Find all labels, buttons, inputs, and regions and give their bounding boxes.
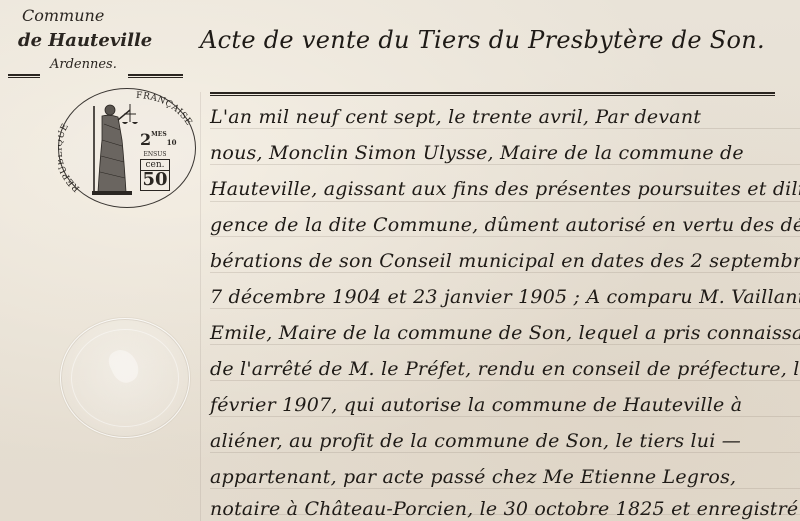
stamp-cen-value: 50 (141, 171, 169, 189)
ruled-line (210, 128, 800, 129)
embossed-seal (60, 318, 190, 438)
ruled-line (210, 164, 800, 165)
body-line-10: aliéner, au profit de la commune de Son,… (210, 430, 741, 452)
body-line-3: Hauteville, agissant aux fins des présen… (210, 178, 800, 200)
ruled-line (210, 380, 800, 381)
ruled-line (210, 416, 800, 417)
body-line-4: gence de la dite Commune, dûment autoris… (210, 214, 800, 236)
ruled-line (210, 272, 800, 273)
commune-label: Commune (22, 6, 104, 25)
title-underline (210, 92, 775, 96)
commune-name: de Hauteville (18, 30, 152, 51)
header-rule-right (128, 74, 183, 78)
stamp-en-sus: ENSUS (140, 151, 170, 158)
stamp-cents-box: cen. 50 (140, 159, 170, 191)
body-line-7: Emile, Maire de la commune de Son, leque… (210, 322, 800, 344)
department-name: Ardennes. (50, 57, 117, 72)
margin-rule (200, 92, 201, 521)
body-line-6: 7 décembre 1904 et 23 janvier 1905 ; A c… (210, 286, 800, 308)
stamp-legend-left: REPUBLIQUE (58, 122, 82, 193)
body-line-2: nous, Monclin Simon Ulysse, Maire de la … (210, 142, 744, 164)
header-rule-left (8, 74, 40, 78)
stamp-legend-right: FRANÇAISE (136, 91, 194, 128)
ruled-line (210, 201, 800, 202)
stamp-value: 2MES10 ENSUS cen. 50 (140, 132, 170, 191)
body-line-5: bérations de son Conseil municipal en da… (210, 250, 800, 272)
ruled-line (210, 236, 800, 237)
ruled-line (210, 452, 800, 453)
svg-text:FRANÇAISE: FRANÇAISE (136, 91, 194, 128)
body-line-9: février 1907, qui autorise la commune de… (210, 394, 742, 416)
ruled-line (210, 308, 800, 309)
stamp-value-top: 2MES10 (140, 132, 170, 151)
tax-stamp: REPUBLIQUE FRANÇAISE 2MES10 (58, 88, 196, 208)
body-line-12: notaire à Château-Porcien, le 30 octobre… (210, 498, 798, 520)
ruled-line (210, 488, 800, 489)
body-line-8: de l'arrêté de M. le Préfet, rendu en co… (210, 358, 800, 380)
body-line-11: appartenant, par acte passé chez Me Etie… (210, 466, 736, 488)
document-title: Acte de vente du Tiers du Presbytère de … (200, 26, 765, 54)
justice-figure-icon (88, 100, 138, 196)
ruled-line (210, 344, 800, 345)
body-line-1: L'an mil neuf cent sept, le trente avril… (210, 106, 701, 128)
margin-header: Commune de Hauteville Ardennes. (8, 2, 183, 82)
document-page: Commune de Hauteville Ardennes. Acte de … (0, 0, 800, 521)
svg-text:REPUBLIQUE: REPUBLIQUE (58, 122, 82, 193)
